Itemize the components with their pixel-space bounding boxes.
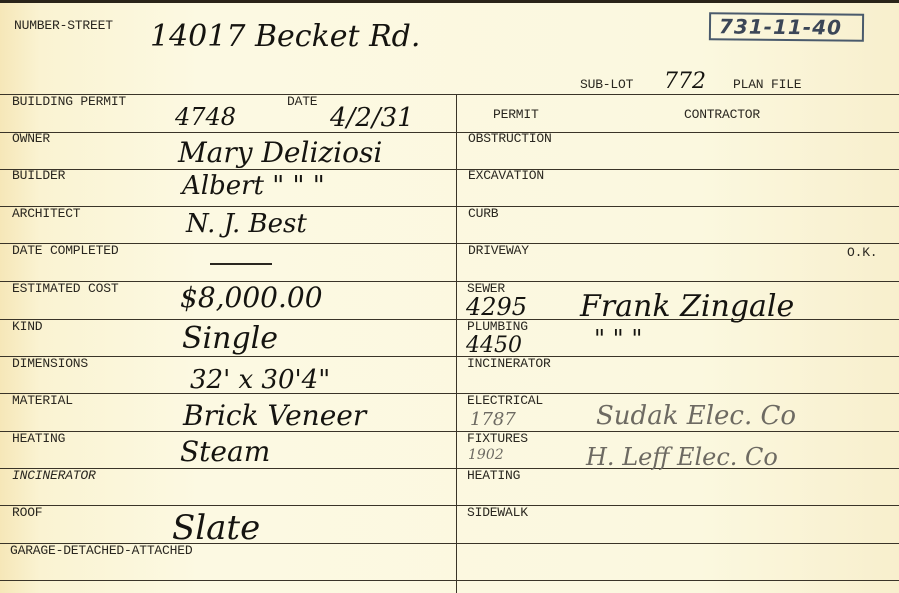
sub-lot-label: SUB-LOT [580, 77, 633, 92]
roof-value: Slate [172, 508, 260, 548]
electrical-permit-value: 1787 [470, 409, 516, 430]
contractor-column-header: CONTRACTOR [684, 107, 760, 122]
plumbing-label: PLUMBING [467, 319, 528, 334]
date-completed-label: DATE COMPLETED [12, 243, 118, 258]
plan-file-label: PLAN FILE [733, 77, 801, 92]
rule-line [0, 169, 899, 170]
plumbing-contractor-value: " " " [594, 325, 642, 353]
date-completed-dash [210, 263, 272, 265]
sidewalk-label: SIDEWALK [467, 505, 528, 520]
builder-value: Albert " " " [182, 171, 325, 201]
heating-value: Steam [180, 435, 270, 468]
incinerator-right-label: INCINERATOR [467, 356, 551, 371]
date-label: DATE [287, 94, 317, 109]
owner-value: Mary Deliziosi [178, 136, 382, 169]
rule-line [0, 431, 899, 432]
permit-card: 731-11-40 NUMBER-STREET 14017 Becket Rd.… [0, 0, 899, 593]
garage-label: GARAGE-DETACHED-ATTACHED [10, 543, 192, 558]
number-street-label: NUMBER-STREET [14, 18, 113, 33]
estimated-cost-value: $8,000.00 [180, 281, 323, 314]
estimated-cost-label: ESTIMATED COST [12, 281, 118, 296]
kind-value: Single [182, 321, 278, 356]
architect-label: ARCHITECT [12, 206, 80, 221]
rule-line [0, 505, 899, 506]
number-street-value: 14017 Becket Rd. [150, 19, 420, 54]
obstruction-label: OBSTRUCTION [468, 131, 552, 146]
architect-value: N. J. Best [186, 209, 307, 239]
material-label: MATERIAL [12, 393, 73, 408]
rule-line [0, 243, 899, 244]
fixtures-label: FIXTURES [467, 431, 528, 446]
rule-line [0, 94, 899, 95]
rule-line [0, 356, 899, 357]
kind-label: KIND [12, 319, 42, 334]
electrical-contractor-value: Sudak Elec. Co [596, 401, 796, 431]
rule-line [0, 132, 899, 133]
builder-label: BUILDER [12, 168, 65, 183]
incinerator-label: INCINERATOR [12, 468, 96, 483]
rule-line [0, 281, 899, 282]
plumbing-permit-value: 4450 [466, 333, 522, 358]
driveway-label: DRIVEWAY [468, 243, 529, 258]
sewer-contractor-value: Frank Zingale [580, 289, 794, 324]
driveway-note: O.K. [847, 245, 877, 260]
dimensions-value: 32' x 30'4" [190, 365, 330, 395]
heating-right-label: HEATING [467, 468, 520, 483]
file-number-stamp: 731-11-40 [709, 12, 864, 42]
owner-label: OWNER [12, 131, 50, 146]
building-permit-label: BUILDING PERMIT [12, 94, 126, 109]
electrical-label: ELECTRICAL [467, 393, 543, 408]
fixtures-permit-value: 1902 [468, 447, 504, 463]
sub-lot-value: 772 [664, 69, 706, 94]
date-value: 4/2/31 [330, 103, 414, 133]
excavation-label: EXCAVATION [468, 168, 544, 183]
fixtures-contractor-value: H. Leff Elec. Co [586, 443, 778, 471]
roof-label: ROOF [12, 505, 42, 520]
building-permit-value: 4748 [175, 103, 236, 131]
material-value: Brick Veneer [183, 399, 366, 432]
rule-line [0, 580, 899, 581]
rule-line [0, 393, 899, 394]
curb-label: CURB [468, 206, 498, 221]
heating-label: HEATING [12, 431, 65, 446]
rule-line [0, 206, 899, 207]
sewer-permit-value: 4295 [466, 293, 527, 321]
permit-column-header: PERMIT [493, 107, 539, 122]
dimensions-label: DIMENSIONS [12, 356, 88, 371]
